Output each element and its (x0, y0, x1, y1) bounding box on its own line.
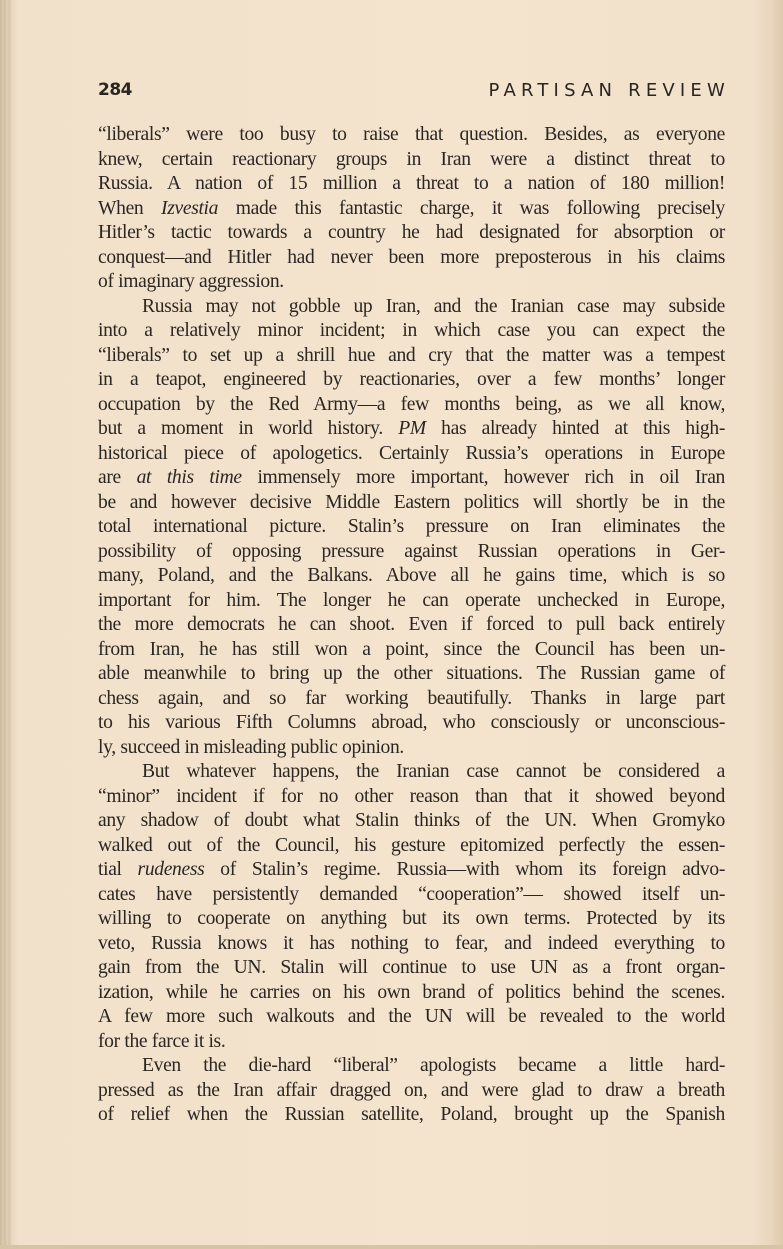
page-number: 284 (98, 80, 132, 100)
text-segment: When (98, 198, 161, 219)
text-segment: occupation by the Red Army—a few months … (98, 394, 725, 415)
text-segment: chess again, and so far working beautifu… (98, 688, 725, 709)
text-segment: Russia may not gobble up Iran, and the I… (142, 296, 725, 317)
text-segment: to his various Fifth Columns abroad, who… (98, 712, 725, 733)
text-segment: be and however decisive Middle Eastern p… (98, 492, 725, 513)
text-segment: tial (98, 859, 138, 880)
text-line: occupation by the Red Army—a few months … (98, 393, 725, 418)
text-line: for the farce it is. (98, 1030, 725, 1055)
text-segment: made this fantastic charge, it was follo… (218, 198, 725, 219)
italic-text: Izvestia (161, 198, 218, 219)
page-bottom-edge (0, 1245, 783, 1249)
text-segment: immensely more important, however rich i… (242, 467, 725, 488)
text-line: veto, Russia knows it has nothing to fea… (98, 932, 725, 957)
text-line: chess again, and so far working beautifu… (98, 687, 725, 712)
text-segment: are (98, 467, 137, 488)
text-segment: “liberals” to set up a shrill hue and cr… (98, 345, 725, 366)
text-line: A few more such walkouts and the UN will… (98, 1005, 725, 1030)
text-segment: able meanwhile to bring up the other sit… (98, 663, 725, 684)
text-line: many, Poland, and the Balkans. Above all… (98, 564, 725, 589)
text-line: of imaginary aggression. (98, 270, 725, 295)
italic-text: PM (398, 418, 426, 439)
text-line: the more democrats he can shoot. Even if… (98, 613, 725, 638)
text-segment: pressed as the Iran affair dragged on, a… (98, 1080, 725, 1101)
book-page: 284 PARTISAN REVIEW “liberals” were too … (0, 0, 783, 1249)
text-segment: many, Poland, and the Balkans. Above all… (98, 565, 725, 586)
text-segment: Hitler’s tactic towards a country he had… (98, 222, 725, 243)
text-line: into a relatively minor incident; in whi… (98, 319, 725, 344)
text-segment: of imaginary aggression. (98, 271, 284, 292)
text-segment: Even the die-hard “liberal” apologists b… (142, 1055, 725, 1076)
text-line: are at this time immensely more importan… (98, 466, 725, 491)
text-line: conquest—and Hitler had never been more … (98, 246, 725, 271)
text-line: walked out of the Council, his gesture e… (98, 834, 725, 859)
text-line: “liberals” were too busy to raise that q… (98, 123, 725, 148)
text-line: willing to cooperate on anything but its… (98, 907, 725, 932)
text-segment: “minor” incident if for no other reason … (98, 786, 725, 807)
text-segment: But whatever happens, the Iranian case c… (142, 761, 725, 782)
text-segment: has already hinted at this high- (426, 418, 725, 439)
italic-text: rudeness (138, 859, 205, 880)
text-segment: total international picture. Stalin’s pr… (98, 516, 725, 537)
text-segment: from Iran, he has still won a point, sin… (98, 639, 725, 660)
journal-title: PARTISAN REVIEW (489, 80, 730, 101)
text-line: possibility of opposing pressure against… (98, 540, 725, 565)
text-segment: of Stalin’s regime. Russia—with whom its… (204, 859, 725, 880)
text-line: total international picture. Stalin’s pr… (98, 515, 725, 540)
text-segment: “liberals” were too busy to raise that q… (98, 124, 725, 145)
italic-text: at this time (137, 467, 242, 488)
text-line: important for him. The longer he can ope… (98, 589, 725, 614)
text-line: pressed as the Iran affair dragged on, a… (98, 1079, 725, 1104)
text-segment: for the farce it is. (98, 1031, 225, 1052)
text-line: When Izvestia made this fantastic charge… (98, 197, 725, 222)
text-line: be and however decisive Middle Eastern p… (98, 491, 725, 516)
text-line: ization, while he carries on his own bra… (98, 981, 725, 1006)
text-line: Hitler’s tactic towards a country he had… (98, 221, 725, 246)
text-segment: conquest—and Hitler had never been more … (98, 247, 725, 268)
text-segment: in a teapot, engineered by reactionaries… (98, 369, 725, 390)
text-line: able meanwhile to bring up the other sit… (98, 662, 725, 687)
text-segment: ly, succeed in misleading public opinion… (98, 737, 404, 758)
text-segment: Russia. A nation of 15 million a threat … (98, 173, 725, 194)
text-line: knew, certain reactionary groups in Iran… (98, 148, 725, 173)
paragraph-first-line: Russia may not gobble up Iran, and the I… (98, 295, 725, 320)
text-segment: any shadow of doubt what Stalin thinks o… (98, 810, 725, 831)
body-text: “liberals” were too busy to raise that q… (98, 123, 725, 1128)
text-line: ly, succeed in misleading public opinion… (98, 736, 725, 761)
text-segment: knew, certain reactionary groups in Iran… (98, 149, 725, 170)
text-line: “liberals” to set up a shrill hue and cr… (98, 344, 725, 369)
text-segment: willing to cooperate on anything but its… (98, 908, 725, 929)
text-segment: veto, Russia knows it has nothing to fea… (98, 933, 725, 954)
text-line: but a moment in world history. PM has al… (98, 417, 725, 442)
text-segment: of relief when the Russian satellite, Po… (98, 1104, 725, 1125)
running-head: 284 PARTISAN REVIEW (98, 80, 725, 106)
text-segment: important for him. The longer he can ope… (98, 590, 725, 611)
text-line: of relief when the Russian satellite, Po… (98, 1103, 725, 1128)
text-line: “minor” incident if for no other reason … (98, 785, 725, 810)
paragraph-first-line: Even the die-hard “liberal” apologists b… (98, 1054, 725, 1079)
text-line: Russia. A nation of 15 million a threat … (98, 172, 725, 197)
text-segment: gain from the UN. Stalin will continue t… (98, 957, 725, 978)
paragraph-first-line: But whatever happens, the Iranian case c… (98, 760, 725, 785)
text-line: gain from the UN. Stalin will continue t… (98, 956, 725, 981)
text-segment: possibility of opposing pressure against… (98, 541, 725, 562)
text-line: tial rudeness of Stalin’s regime. Russia… (98, 858, 725, 883)
text-line: any shadow of doubt what Stalin thinks o… (98, 809, 725, 834)
text-line: in a teapot, engineered by reactionaries… (98, 368, 725, 393)
text-segment: walked out of the Council, his gesture e… (98, 835, 725, 856)
text-segment: ization, while he carries on his own bra… (98, 982, 725, 1003)
text-segment: but a moment in world history. (98, 418, 398, 439)
text-line: to his various Fifth Columns abroad, who… (98, 711, 725, 736)
text-segment: the more democrats he can shoot. Even if… (98, 614, 725, 635)
text-line: from Iran, he has still won a point, sin… (98, 638, 725, 663)
text-line: historical piece of apologetics. Certain… (98, 442, 725, 467)
text-segment: cates have persistently demanded “cooper… (98, 884, 725, 905)
text-segment: A few more such walkouts and the UN will… (98, 1006, 725, 1027)
text-segment: into a relatively minor incident; in whi… (98, 320, 725, 341)
text-line: cates have persistently demanded “cooper… (98, 883, 725, 908)
text-segment: historical piece of apologetics. Certain… (98, 443, 725, 464)
